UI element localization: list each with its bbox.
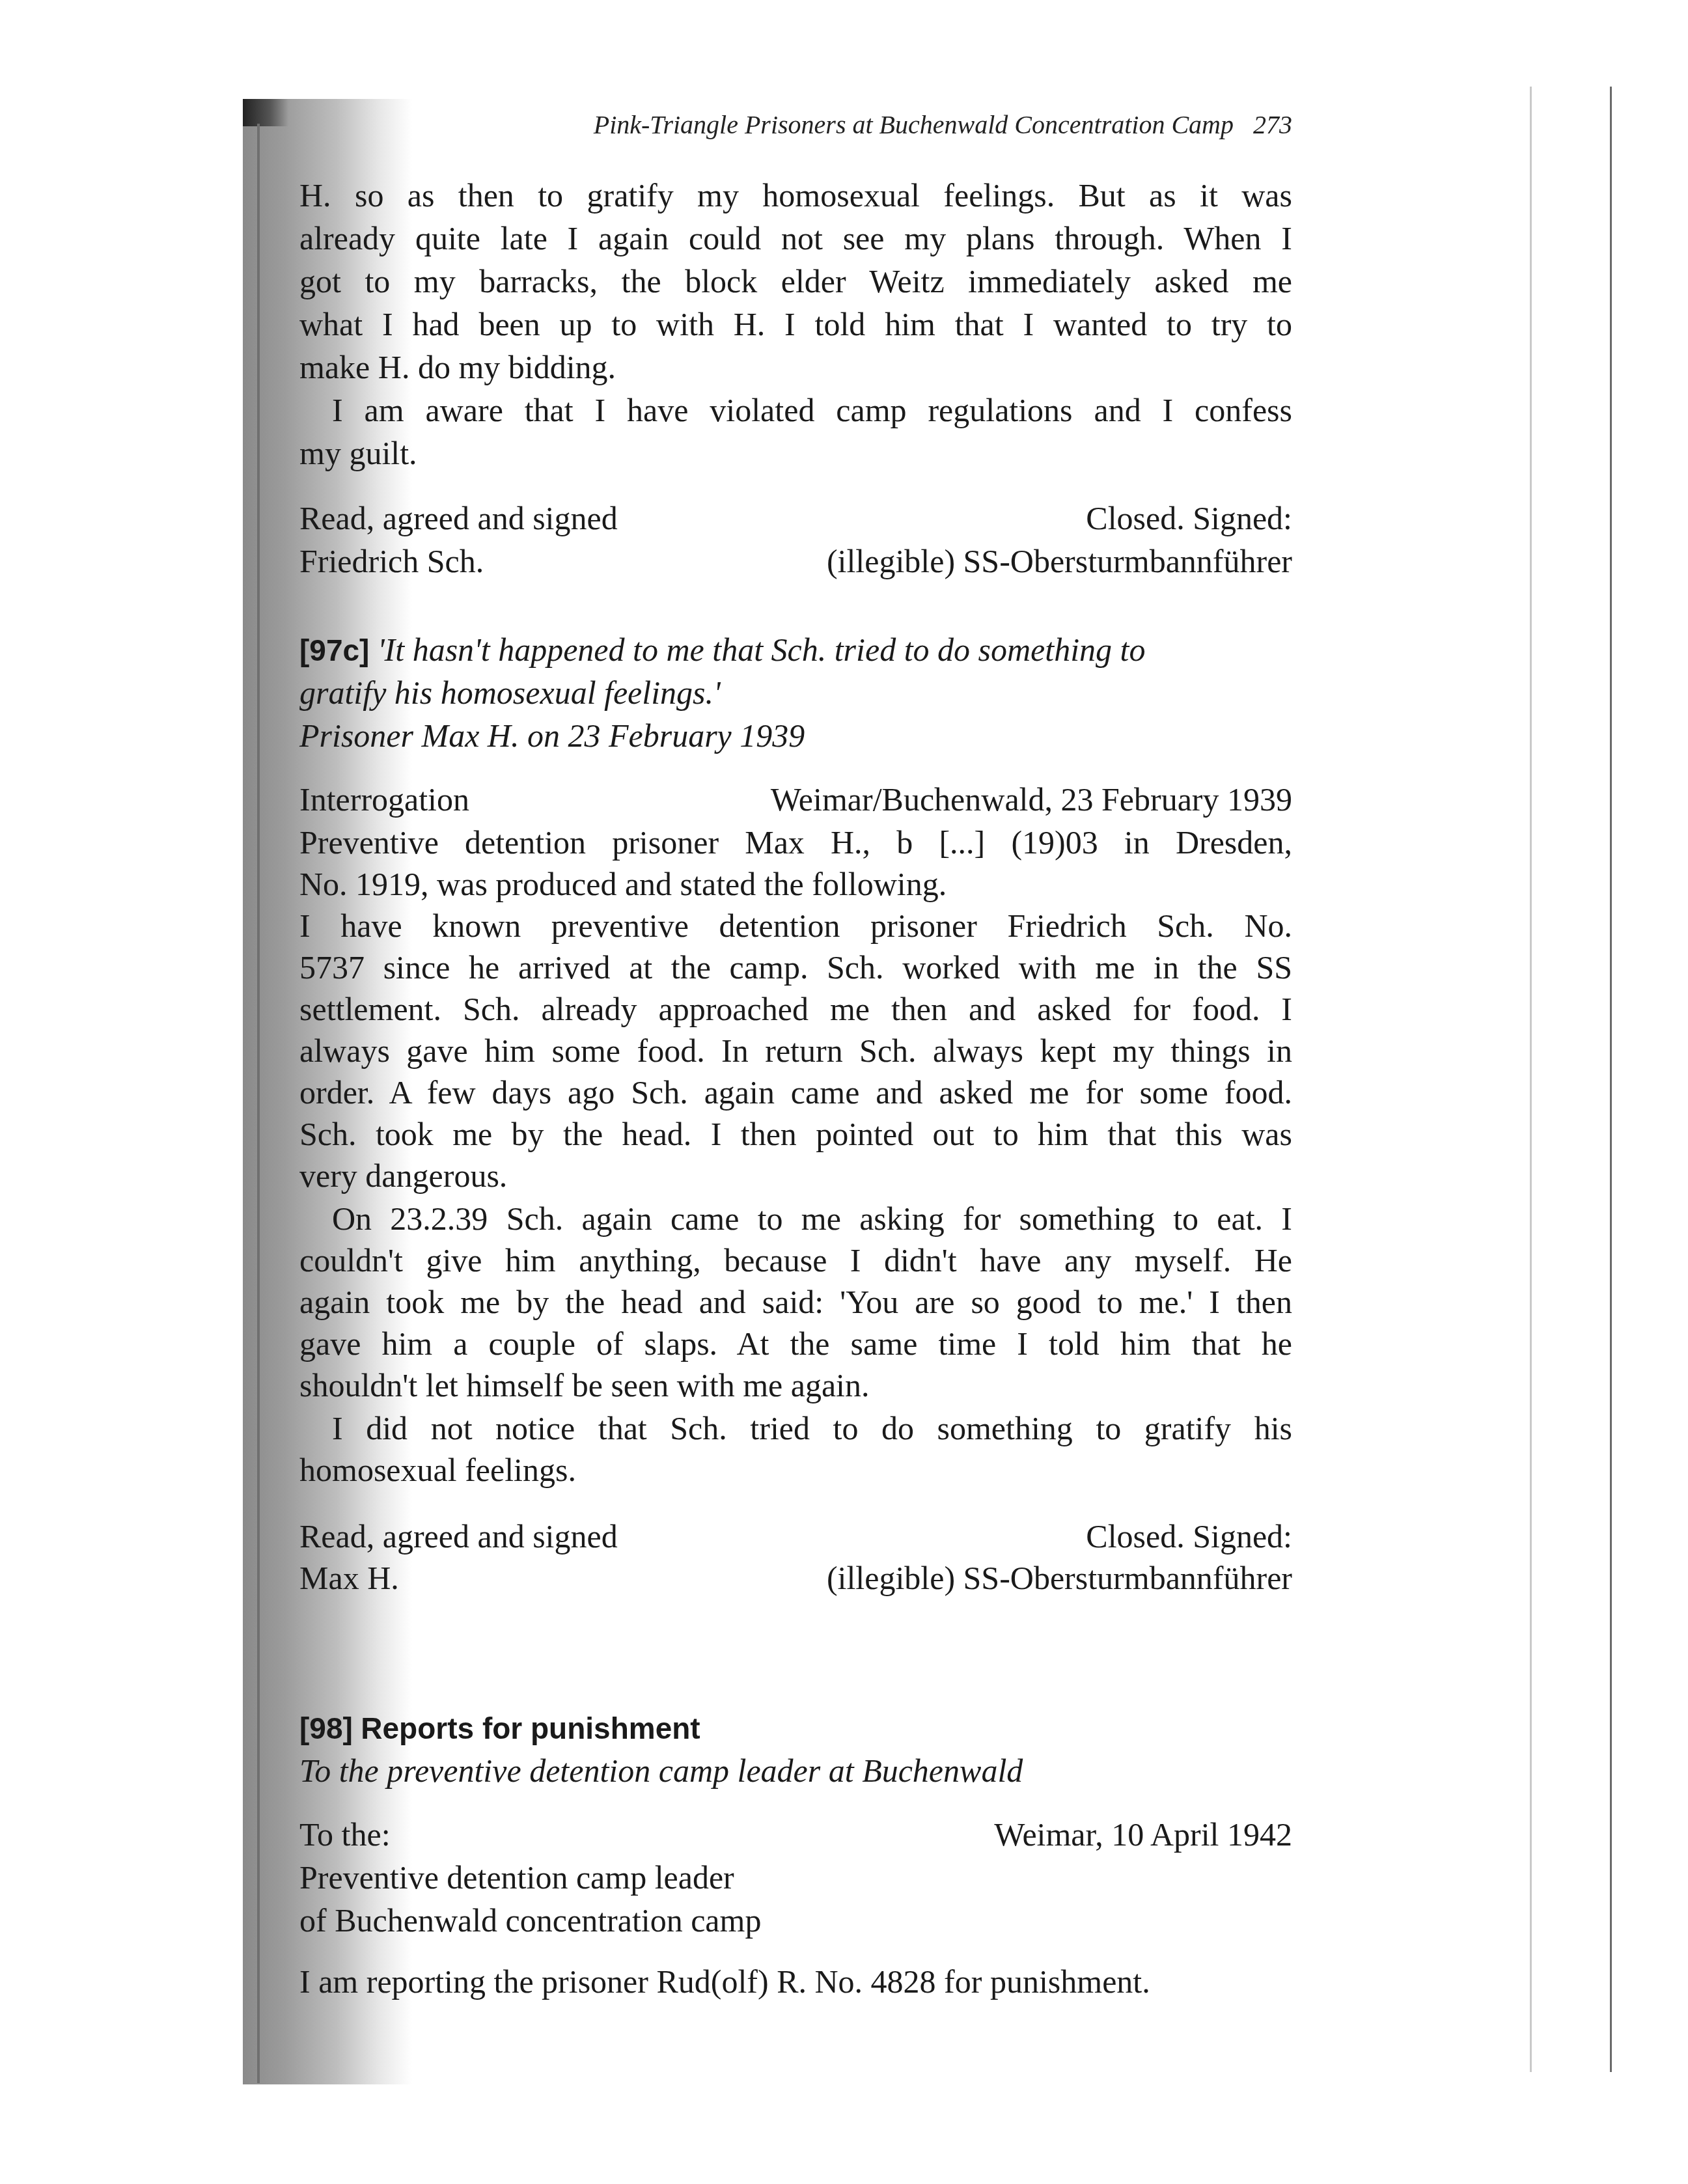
address-to: To the: [299,1814,391,1855]
running-head: Pink-Triangle Prisoners at Buchenwald Co… [299,109,1292,140]
running-head-title: Pink-Triangle Prisoners at Buchenwald Co… [594,110,1234,139]
signature-right: Closed. Signed: [1086,1515,1292,1557]
signature-row-1: Read, agreed and signed Closed. Signed: [299,497,1292,539]
signature-right: Closed. Signed: [1086,497,1292,539]
body-line: H. so as then to gratify my homosexual f… [299,174,1292,216]
scan-page-edge-dark [1610,87,1612,2072]
scan-corner-shadow [243,99,288,126]
signature-row-2: Friedrich Sch. (illegible) SS-Obersturmb… [299,540,1292,582]
document-title: 'It hasn't happened to me that Sch. trie… [378,631,1146,668]
body-line: On 23.2.39 Sch. again came to me asking … [299,1198,1292,1239]
document-subtitle: To the preventive detention camp leader … [299,1750,1292,1791]
signature-official: (illegible) SS-Obersturmbannführer [827,1557,1292,1599]
body-line: homosexual feelings. [299,1449,1292,1491]
interrogation-place-date: Weimar/Buchenwald, 23 February 1939 [771,779,1292,820]
document-number: [97c] [299,633,369,667]
document-heading-98: [98] Reports for punishment [299,1707,1292,1749]
body-line: order. A few days ago Sch. again came an… [299,1071,1292,1113]
page-number: 273 [1253,110,1292,139]
scan-spine-edge [257,124,260,2083]
document-number: [98] [299,1711,353,1745]
body-line: I am aware that I have violated camp reg… [299,389,1292,431]
address-line: Preventive detention camp leader [299,1857,1292,1898]
body-line: I did not notice that Sch. tried to do s… [299,1407,1292,1449]
body-line: No. 1919, was produced and stated the fo… [299,863,1292,905]
document-subtitle: Prisoner Max H. on 23 February 1939 [299,715,1292,756]
address-line: of Buchenwald concentration camp [299,1900,1292,1941]
body-line: already quite late I again could not see… [299,217,1292,259]
body-line: I am reporting the prisoner Rud(olf) R. … [299,1961,1292,2002]
scan-page-edge-light [1530,87,1532,2072]
address-row: To the: Weimar, 10 April 1942 [299,1814,1292,1855]
signature-row-1: Read, agreed and signed Closed. Signed: [299,1515,1292,1557]
signature-name: Max H. [299,1557,399,1599]
body-line: gave him a couple of slaps. At the same … [299,1323,1292,1364]
document-title-cont: gratify his homosexual feelings.' [299,672,1292,713]
body-line: Sch. took me by the head. I then pointed… [299,1113,1292,1155]
body-line: make H. do my bidding. [299,346,1292,388]
signature-left: Read, agreed and signed [299,1515,618,1557]
document-title: Reports for punishment [361,1711,700,1745]
signature-row-2: Max H. (illegible) SS-Obersturmbannführe… [299,1557,1292,1599]
body-line: settlement. Sch. already approached me t… [299,988,1292,1030]
signature-name: Friedrich Sch. [299,540,484,582]
document-heading-97c: [97c] 'It hasn't happened to me that Sch… [299,629,1292,671]
body-line: again took me by the head and said: 'You… [299,1281,1292,1323]
signature-left: Read, agreed and signed [299,497,618,539]
body-line: my guilt. [299,432,1292,474]
signature-official: (illegible) SS-Obersturmbannführer [827,540,1292,582]
body-line: got to my barracks, the block elder Weit… [299,260,1292,302]
body-line: Preventive detention prisoner Max H., b … [299,822,1292,863]
body-line: always gave him some food. In return Sch… [299,1030,1292,1071]
body-line: shouldn't let himself be seen with me ag… [299,1364,1292,1406]
body-line: couldn't give him anything, because I di… [299,1239,1292,1281]
interrogation-header: Interrogation Weimar/Buchenwald, 23 Febr… [299,779,1292,820]
body-line: I have known preventive detention prison… [299,905,1292,947]
body-line: 5737 since he arrived at the camp. Sch. … [299,947,1292,988]
body-line: what I had been up to with H. I told him… [299,303,1292,345]
interrogation-label: Interrogation [299,779,469,820]
body-line: very dangerous. [299,1155,1292,1196]
letter-date: Weimar, 10 April 1942 [994,1814,1292,1855]
